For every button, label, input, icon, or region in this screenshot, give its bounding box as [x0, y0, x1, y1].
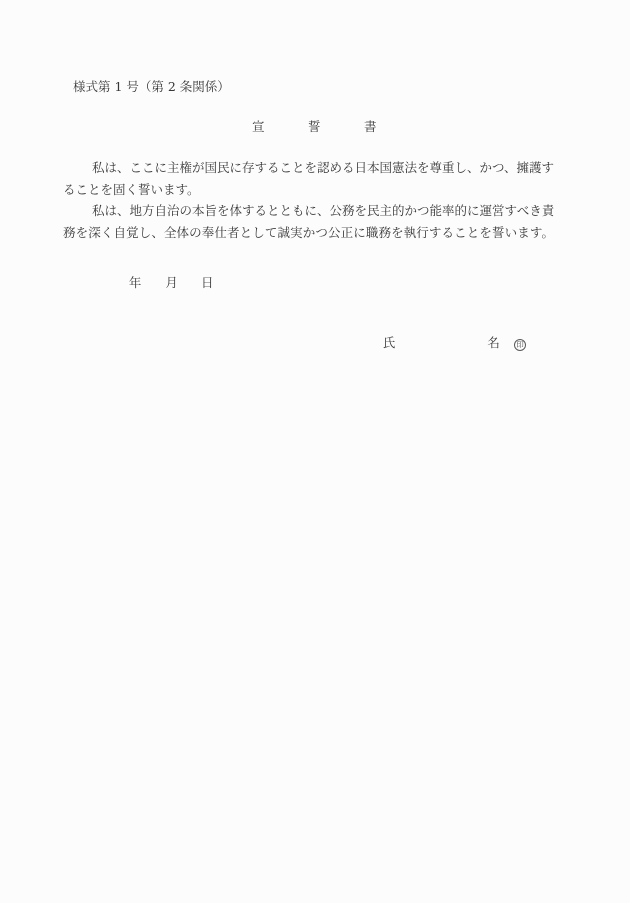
name-label-last: 名 — [487, 335, 500, 350]
month-label: 月 — [165, 275, 178, 290]
oath-paragraph-1-line-2: ることを固く誓います。 — [63, 179, 554, 201]
day-label: 日 — [201, 275, 214, 290]
form-number-label: 様式第 1 号（第 2 条関係） — [73, 80, 230, 94]
oath-document-page: 様式第 1 号（第 2 条関係） 宣 誓 書 私は、ここに主権が国民に存すること… — [0, 0, 630, 903]
signature-line: 氏名印 — [367, 322, 526, 366]
oath-paragraph-1-line-1: 私は、ここに主権が国民に存することを認める日本国憲法を尊重し、かつ、擁護す — [63, 157, 554, 179]
seal-mark-icon: 印 — [514, 339, 526, 351]
year-label: 年 — [129, 275, 142, 290]
date-line: 年月日 — [113, 262, 213, 305]
oath-paragraph-2-line-2: 務を深く自覚し、全体の奉仕者として誠実かつ公正に職務を執行することを誓います。 — [63, 222, 554, 244]
document-title: 宣 誓 書 — [0, 120, 630, 134]
oath-paragraph-2-line-1: 私は、地方自治の本旨を体するとともに、公務を民主的かつ能率的に運営すべき責 — [63, 200, 554, 222]
oath-body: 私は、ここに主権が国民に存することを認める日本国憲法を尊重し、かつ、擁護す るこ… — [63, 157, 554, 244]
name-label-first: 氏 — [383, 335, 396, 350]
